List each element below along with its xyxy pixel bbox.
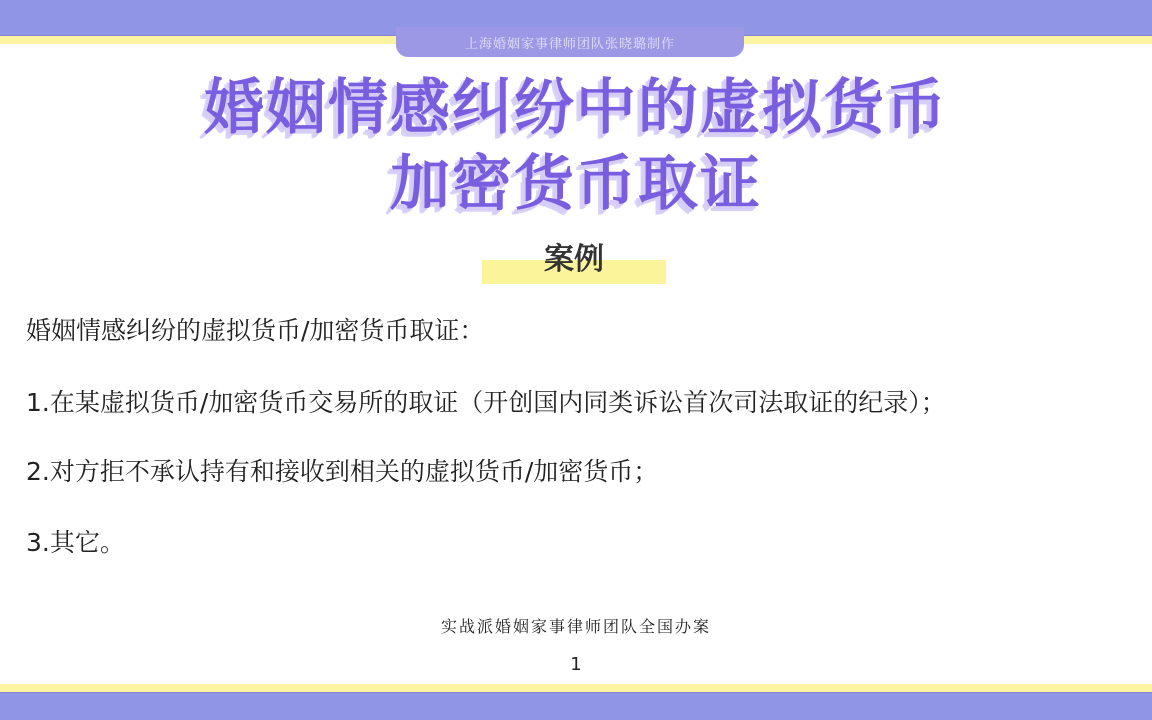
top-banner: 上海婚姻家事律师团队张晓璐制作 xyxy=(396,27,744,57)
banner-text: 上海婚姻家事律师团队张晓璐制作 xyxy=(465,33,675,52)
list-item: 2.对方拒不承认持有和接收到相关的虚拟货币/加密货币； xyxy=(26,452,658,492)
slide-title: 婚姻情感纠纷中的虚拟货币 加密货币取证 xyxy=(0,70,1152,222)
section-heading: 案例 xyxy=(482,238,666,286)
page-number: 1 xyxy=(0,654,1152,675)
list-item: 1.在某虚拟货币/加密货币交易所的取证（开创国内同类诉讼首次司法取证的纪录）； xyxy=(26,383,946,423)
intro-paragraph: 婚姻情感纠纷的虚拟货币/加密货币取证： xyxy=(26,311,484,351)
title-line-2: 加密货币取证 xyxy=(0,146,1152,222)
title-line-1: 婚姻情感纠纷中的虚拟货币 xyxy=(0,70,1152,146)
section-label: 案例 xyxy=(482,238,666,282)
bottom-yellow-stripe xyxy=(0,684,1152,692)
slide-page: 上海婚姻家事律师团队张晓璐制作 婚姻情感纠纷中的虚拟货币 加密货币取证 案例 婚… xyxy=(0,0,1152,720)
list-item: 3.其它。 xyxy=(26,523,125,563)
footer-text: 实战派婚姻家事律师团队全国办案 xyxy=(0,614,1152,637)
bottom-band xyxy=(0,692,1152,720)
